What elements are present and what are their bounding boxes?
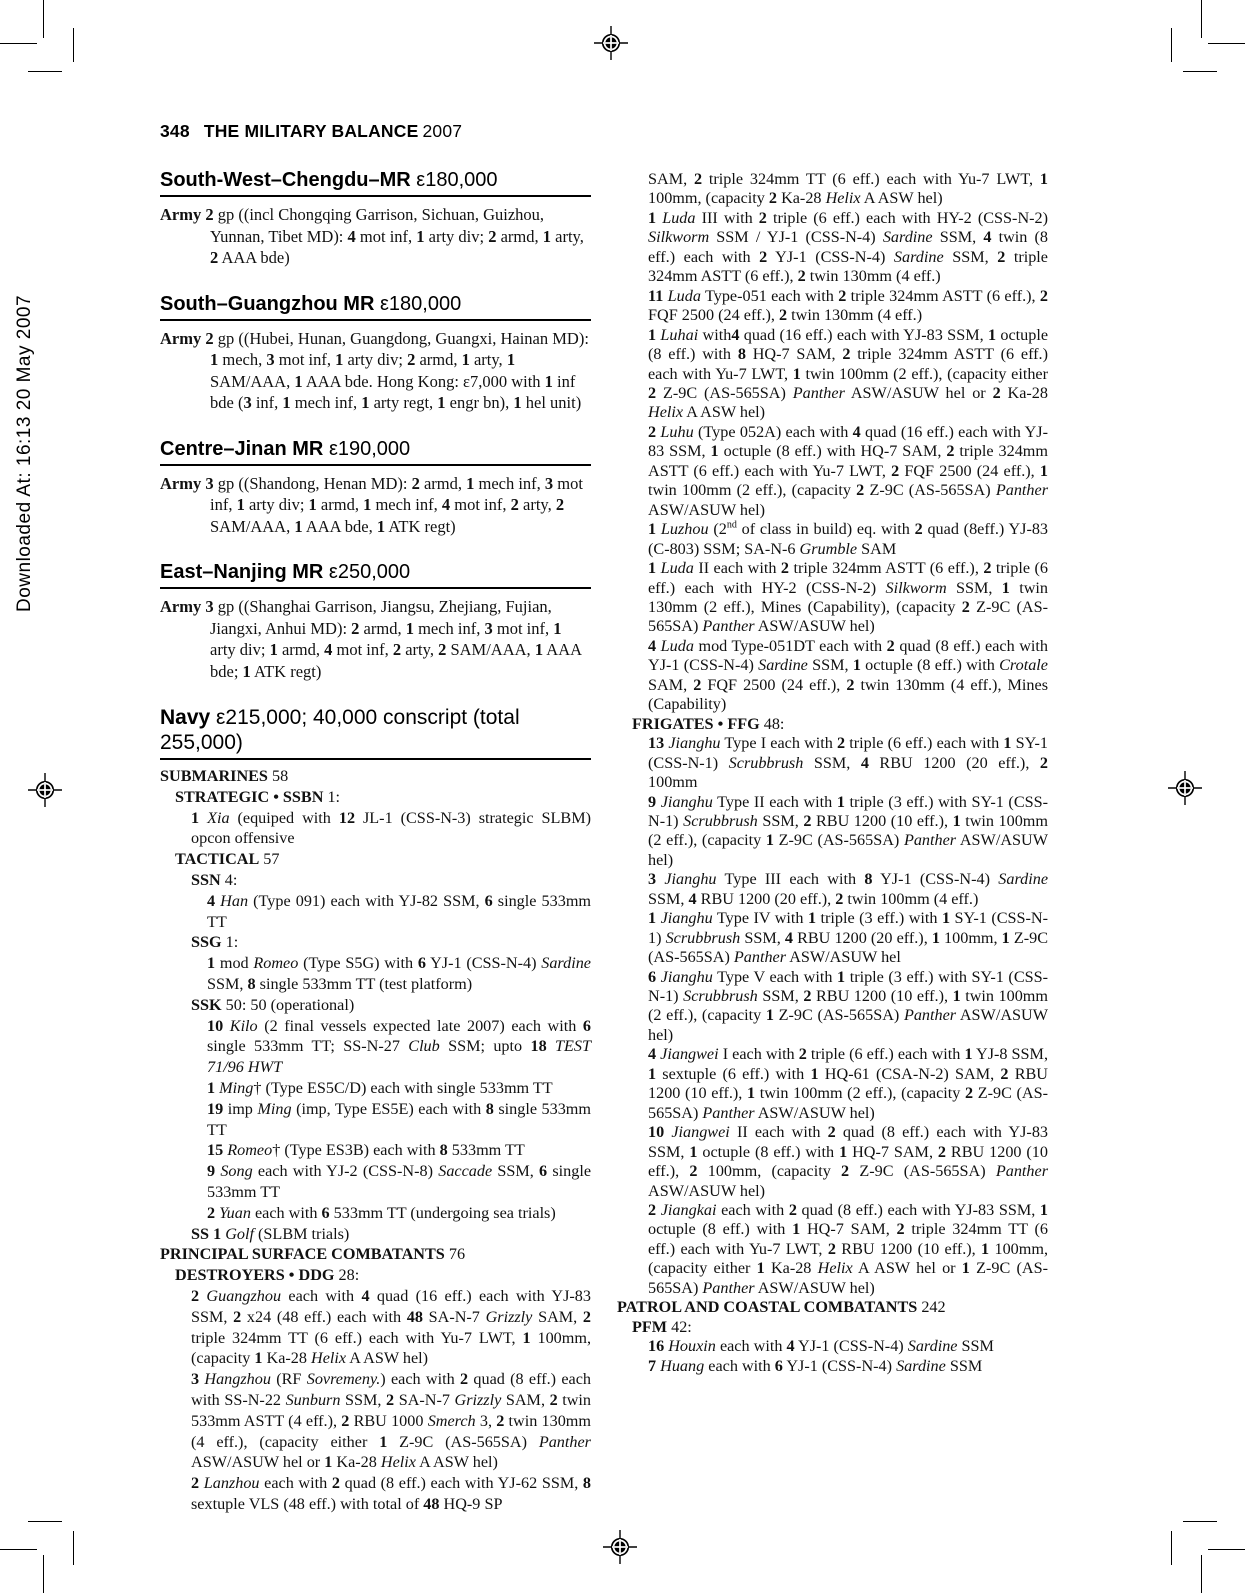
navy-line: 1 Luzhou (2nd of class in build) eq. wit… bbox=[617, 520, 1048, 559]
navy-line: 1 Ming† (Type ES5C/D) each with single 5… bbox=[160, 1078, 591, 1099]
navy-line: SAM, 2 triple 324mm TT (6 eff.) each wit… bbox=[617, 170, 1048, 209]
navy-line: 9 Song each with YJ-2 (CSS-N-8) Saccade … bbox=[160, 1161, 591, 1203]
navy-line: 7 Huang each with 6 YJ-1 (CSS-N-4) Sardi… bbox=[617, 1357, 1048, 1376]
navy-title: Navy bbox=[160, 706, 210, 729]
navy-line: 1 Luhai with4 quad (16 eff.) each with Y… bbox=[617, 326, 1048, 423]
navy-line: FRIGATES • FFG 48: bbox=[617, 715, 1048, 734]
navy-line: TACTICAL 57 bbox=[160, 849, 591, 870]
navy-line: 1 mod Romeo (Type S5G) with 6 YJ-1 (CSS-… bbox=[160, 953, 591, 995]
region-body: Army 2 gp ((Hubei, Hunan, Guangdong, Gua… bbox=[160, 328, 591, 414]
navy-line: 4 Han (Type 091) each with YJ-82 SSM, 6 … bbox=[160, 891, 591, 933]
navy-line: 13 Jianghu Type I each with 2 triple (6 … bbox=[617, 734, 1048, 792]
navy-line: 1 Luda III with 2 triple (6 eff.) each w… bbox=[617, 209, 1048, 287]
crop-mark bbox=[1183, 71, 1217, 72]
crop-mark bbox=[1201, 0, 1202, 38]
publication-year: 2007 bbox=[422, 121, 462, 141]
navy-line: 3 Jianghu Type III each with 8 YJ-1 (CSS… bbox=[617, 870, 1048, 909]
region-section: Centre–Jinan MR ε190,000Army 3 gp ((Shan… bbox=[160, 437, 591, 538]
crop-mark bbox=[28, 71, 62, 72]
navy-strength: ε215,000; 40,000 conscript (total 255,00… bbox=[160, 706, 520, 754]
navy-line: 2 Lanzhou each with 2 quad (8 eff.) each… bbox=[160, 1473, 591, 1515]
navy-line: 10 Kilo (2 final vessels expected late 2… bbox=[160, 1016, 591, 1078]
crop-mark bbox=[1208, 43, 1245, 44]
navy-line: 11 Luda Type-051 each with 2 triple 324m… bbox=[617, 287, 1048, 326]
crop-mark bbox=[73, 1531, 74, 1565]
navy-line: DESTROYERS • DDG 28: bbox=[160, 1265, 591, 1286]
navy-line: 19 imp Ming (imp, Type ES5E) each with 8… bbox=[160, 1099, 591, 1141]
region-body: Army 3 gp ((Shanghai Garrison, Jiangsu, … bbox=[160, 596, 591, 682]
region-heading: South-West–Chengdu–MR ε180,000 bbox=[160, 168, 591, 197]
navy-line: 1 Jianghu Type IV with 1 triple (3 eff.)… bbox=[617, 909, 1048, 967]
region-heading: South–Guangzhou MR ε180,000 bbox=[160, 292, 591, 321]
region-strength: ε180,000 bbox=[380, 293, 461, 315]
navy-line: 2 Yuan each with 6 533mm TT (undergoing … bbox=[160, 1203, 591, 1224]
region-title: Centre–Jinan MR bbox=[160, 438, 323, 460]
region-strength: ε190,000 bbox=[329, 438, 410, 460]
navy-line: SS 1 Golf (SLBM trials) bbox=[160, 1224, 591, 1245]
region-heading: East–Nanjing MR ε250,000 bbox=[160, 560, 591, 589]
navy-line: 3 Hangzhou (RF Sovremeny.) each with 2 q… bbox=[160, 1369, 591, 1473]
navy-line: STRATEGIC • SSBN 1: bbox=[160, 787, 591, 808]
region-body: Army 3 gp ((Shandong, Henan MD): 2 armd,… bbox=[160, 473, 591, 538]
navy-line: 10 Jiangwei II each with 2 quad (8 eff.)… bbox=[617, 1123, 1048, 1201]
navy-line: 4 Luda mod Type-051DT each with 2 quad (… bbox=[617, 637, 1048, 715]
navy-list-left: SUBMARINES 58STRATEGIC • SSBN 1:1 Xia (e… bbox=[160, 766, 591, 1515]
crop-mark bbox=[1171, 1531, 1172, 1565]
navy-line: 4 Jiangwei I each with 2 triple (6 eff.)… bbox=[617, 1045, 1048, 1123]
navy-line: 16 Houxin each with 4 YJ-1 (CSS-N-4) Sar… bbox=[617, 1337, 1048, 1356]
region-heading: Centre–Jinan MR ε190,000 bbox=[160, 437, 591, 466]
region-title: South-West–Chengdu–MR bbox=[160, 169, 411, 191]
navy-line: 2 Guangzhou each with 4 quad (16 eff.) e… bbox=[160, 1286, 591, 1369]
region-section: East–Nanjing MR ε250,000Army 3 gp ((Shan… bbox=[160, 560, 591, 682]
navy-line: 2 Jiangkai each with 2 quad (8 eff.) eac… bbox=[617, 1201, 1048, 1298]
navy-list-right: SAM, 2 triple 324mm TT (6 eff.) each wit… bbox=[617, 170, 1048, 1376]
crop-mark bbox=[0, 43, 37, 44]
registration-mark-icon bbox=[28, 773, 62, 807]
crop-mark bbox=[43, 0, 44, 38]
region-title: East–Nanjing MR bbox=[160, 561, 323, 583]
crop-mark bbox=[1183, 1521, 1217, 1522]
navy-line: 15 Romeo† (Type ES3B) each with 8 533mm … bbox=[160, 1140, 591, 1161]
publication-title: THE MILITARY BALANCE bbox=[204, 121, 419, 141]
crop-mark bbox=[1171, 28, 1172, 62]
page-header: 348THE MILITARY BALANCE2007 bbox=[160, 121, 462, 142]
left-column: South-West–Chengdu–MR ε180,000Army 2 gp … bbox=[160, 168, 591, 1515]
navy-line: 6 Jianghu Type V each with 1 triple (3 e… bbox=[617, 968, 1048, 1046]
crop-mark bbox=[0, 1549, 37, 1550]
crop-mark bbox=[1201, 1555, 1202, 1593]
registration-mark-icon bbox=[1168, 771, 1202, 805]
crop-mark bbox=[73, 28, 74, 62]
navy-line: PRINCIPAL SURFACE COMBATANTS 76 bbox=[160, 1244, 591, 1265]
navy-line: 1 Xia (equiped with 12 JL-1 (CSS-N-3) st… bbox=[160, 808, 591, 850]
region-title: South–Guangzhou MR bbox=[160, 293, 374, 315]
registration-mark-icon bbox=[603, 1530, 637, 1564]
region-section: South-West–Chengdu–MR ε180,000Army 2 gp … bbox=[160, 168, 591, 269]
region-strength: ε250,000 bbox=[329, 561, 410, 583]
page-number: 348 bbox=[160, 121, 190, 141]
registration-mark-icon bbox=[594, 26, 628, 60]
navy-line: SSK 50: 50 (operational) bbox=[160, 995, 591, 1016]
navy-line: SSG 1: bbox=[160, 932, 591, 953]
navy-line: SUBMARINES 58 bbox=[160, 766, 591, 787]
right-column: SAM, 2 triple 324mm TT (6 eff.) each wit… bbox=[617, 170, 1048, 1376]
crop-mark bbox=[43, 1555, 44, 1593]
navy-line: SSN 4: bbox=[160, 870, 591, 891]
navy-line: PATROL AND COASTAL COMBATANTS 242 bbox=[617, 1298, 1048, 1317]
navy-heading: Navy ε215,000; 40,000 conscript (total 2… bbox=[160, 705, 591, 760]
crop-mark bbox=[1208, 1549, 1245, 1550]
military-regions: South-West–Chengdu–MR ε180,000Army 2 gp … bbox=[160, 168, 591, 682]
download-stamp: Downloaded At: 16:13 20 May 2007 bbox=[14, 222, 36, 612]
navy-line: 9 Jianghu Type II each with 1 triple (3 … bbox=[617, 793, 1048, 871]
navy-line: PFM 42: bbox=[617, 1318, 1048, 1337]
region-body: Army 2 gp ((incl Chongqing Garrison, Sic… bbox=[160, 204, 591, 269]
crop-mark bbox=[28, 1521, 62, 1522]
document-page: Downloaded At: 16:13 20 May 2007 348THE … bbox=[0, 0, 1245, 1593]
region-strength: ε180,000 bbox=[416, 169, 497, 191]
region-section: South–Guangzhou MR ε180,000Army 2 gp ((H… bbox=[160, 292, 591, 414]
navy-line: 1 Luda II each with 2 triple 324mm ASTT … bbox=[617, 559, 1048, 637]
navy-line: 2 Luhu (Type 052A) each with 4 quad (16 … bbox=[617, 423, 1048, 520]
